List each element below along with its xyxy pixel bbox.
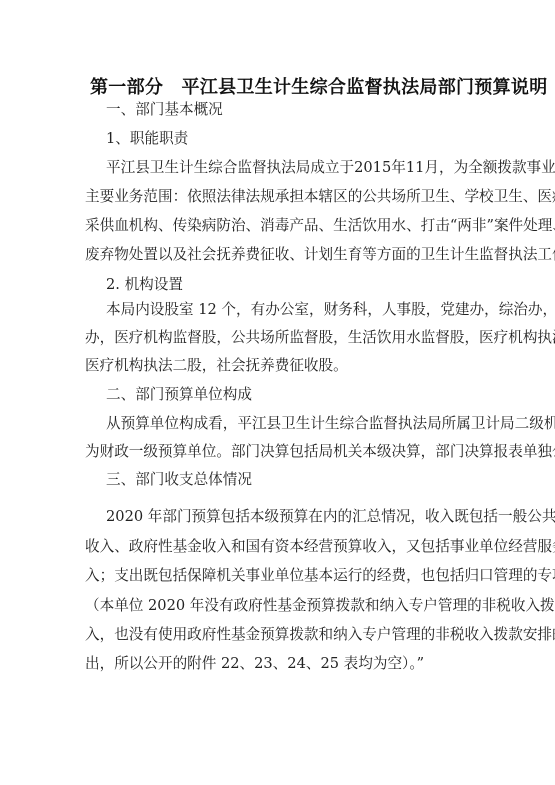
paragraph-line: 从预算单位构成看，平江县卫生计生综合监督执法局所属卫计局二级机构， <box>106 414 470 434</box>
paragraph-line: 2020 年部门预算包括本级预算在内的汇总情况，收入既包括一般公共预算 <box>106 507 470 527</box>
paragraph-line: （本单位 2020 年没有政府性基金预算拨款和纳入专户管理的非税收入拨款收 <box>85 596 470 616</box>
paragraph-line: 入，也没有使用政府性基金预算拨款和纳入专户管理的非税收入拨款安排的支 <box>85 625 470 645</box>
paragraph-line: 为财政一级预算单位。部门决算包括局机关本级决算，部门决算报表单独公开 <box>85 442 470 462</box>
paragraph-line: 办，医疗机构监督股，公共场所监督股，生活饮用水监督股，医疗机构执法一股， <box>85 328 470 348</box>
paragraph-line: 入；支出既包括保障机关事业单位基本运行的经费，也包括归口管理的专项经费， <box>85 566 470 586</box>
section-heading-overview: 一、部门基本概况 <box>106 100 470 120</box>
paragraph-line: 出，所以公开的附件 22、23、24、25 表均为空）。” <box>85 654 470 674</box>
section-heading-budget: 三、部门收支总体情况 <box>106 470 470 490</box>
document-page: 第一部分 平江县卫生计生综合监督执法局部门预算说明 一、部门基本概况 1、职能职… <box>0 0 555 785</box>
subsection-heading-structure: 2. 机构设置 <box>106 275 470 295</box>
page-title: 第一部分 平江县卫生计生综合监督执法局部门预算说明 <box>90 73 470 99</box>
paragraph-line: 主要业务范围：依照法律法规承担本辖区的公共场所卫生、学校卫生、医疗机构、 <box>85 187 470 207</box>
paragraph-line: 收入、政府性基金收入和国有资本经营预算收入，又包括事业单位经营服务等收 <box>85 537 470 557</box>
section-heading-units: 二、部门预算单位构成 <box>106 385 470 405</box>
paragraph-line: 医疗机构执法二股，社会抚养费征收股。 <box>85 356 470 376</box>
paragraph-line: 本局内设股室 12 个，有办公室，财务科，人事股，党建办，综治办，工会 <box>106 300 470 320</box>
subsection-heading-duties: 1、职能职责 <box>106 129 470 149</box>
paragraph-line: 采供血机构、传染病防治、消毒产品、生活饮用水、打击“两非”案件处理、医疗 <box>85 216 470 236</box>
paragraph-line: 废弃物处置以及社会抚养费征收、计划生育等方面的卫生计生监督执法工作。 <box>85 245 470 265</box>
paragraph-line: 平江县卫生计生综合监督执法局成立于2015年11月，为全额拨款事业单位， <box>106 158 470 178</box>
